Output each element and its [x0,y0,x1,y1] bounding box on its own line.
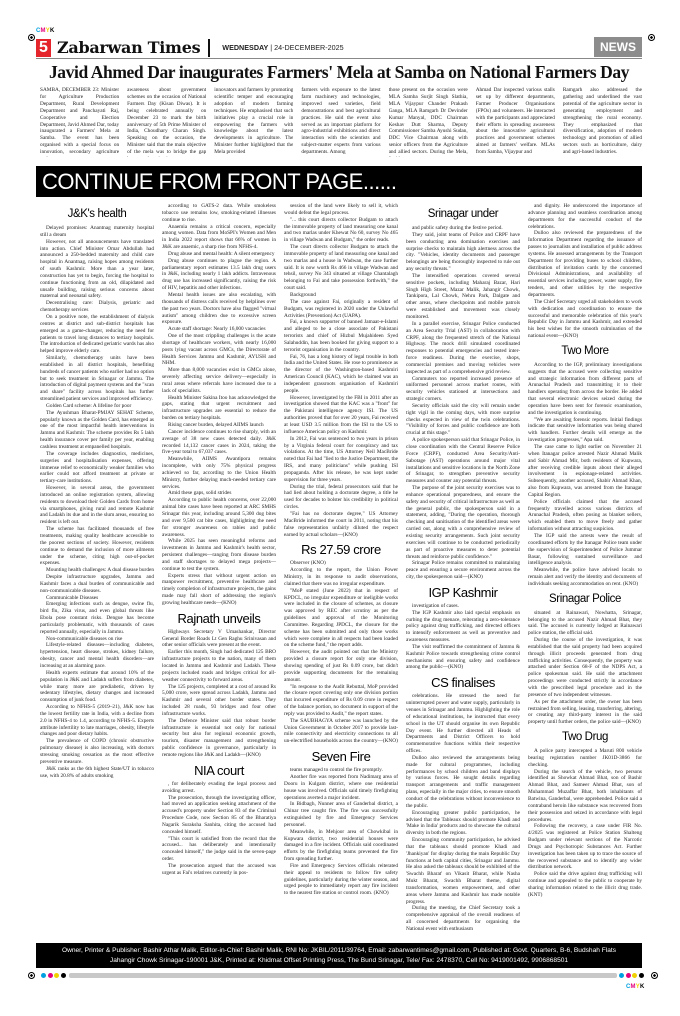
story-heading-two-more: Two More [528,344,642,359]
lead-column: those present on the occasion were MLA S… [389,87,468,157]
cmyk-label-bottom: CMYK [626,984,645,990]
lead-column: SAMBA, DECEMBER 23: Minister for Agricul… [40,87,119,157]
paragraph: Following the recovery, a case under FIR… [528,823,642,871]
paragraph: Rising cancer burden, delayed AIIMS laun… [162,422,276,429]
paragraph: On a positive note, the establishment of… [40,314,154,355]
paragraph: Dulloo also reviewed the preparedness of… [528,230,642,298]
cyan-swatch [619,973,624,978]
paragraph: according to GATS-2 data. While smokeles… [162,203,276,224]
dateline: WEDNESDAY | 24-DECEMBER-2025 [222,43,343,52]
paragraph: The IGP Kashmir also laid special emphas… [406,610,520,644]
story-heading-rs-crore: Rs 27.59 crore [284,542,398,557]
lead-story-body: SAMBA, DECEMBER 23: Minister for Agricul… [40,87,642,157]
paragraph: However, not all announcements have tran… [40,239,154,301]
paragraph: During the trial, federal prosecutors sa… [284,484,398,511]
paragraph: A police spokesperson said that Srinagar… [406,437,520,485]
column-4: Srinagar under and public safety during … [406,203,520,931]
paragraph: Health experts estimate that around 10% … [40,670,154,704]
paragraph: Anaemia remains a critical concern, espe… [162,224,276,251]
paragraph: Security officials said the city will re… [406,403,520,437]
story-heading-srinagar-police: Srinagar Police [528,592,642,607]
cyan-swatch [41,973,46,978]
paragraph: and public safety during the festive per… [406,225,520,232]
day-label: WEDNESDAY [222,43,268,52]
paragraph: According to NFHS-5 (2019–21), J&K now h… [40,704,154,738]
paragraph: The purpose of the joint security exerci… [406,485,520,560]
paragraph: "This court is satisfied from the record… [162,836,276,863]
lead-column: farmers with exposure to the latest farm… [301,87,380,157]
paragraph: The case against Fai, originally a resid… [284,299,398,320]
paragraph: "We are awaiting forensic reports. Initi… [528,417,642,444]
paragraph: Lifestyle-related diseases—including dia… [40,642,154,669]
lead-column: awareness about government schemes on th… [127,87,206,157]
paragraph: investigation of cases. [406,603,520,610]
paragraph: Meanwhile, AIIMS Awantipora remains inco… [162,456,276,490]
print-color-bar [28,972,658,979]
paragraph: The prevalence of COPD (chronic obstruct… [40,738,154,765]
paragraph: session of the land were likely to sell … [284,203,398,217]
page-number: 5 [36,39,51,57]
paragraph: Health Minister Sakina Itoo has acknowle… [162,395,276,422]
paragraph: The visit reaffirmed the commitment of J… [406,644,520,671]
paragraph: However, in several areas, the governmen… [40,485,154,526]
brand-title: Zabarwan Times [57,38,200,57]
paragraph: The coverage includes diagnostics, medic… [40,451,154,485]
magenta-swatch [48,973,53,978]
date-label: 24-DECEMBER-2025 [274,43,344,52]
cmyk-label-top: CMYK [36,28,55,34]
story-heading-rajnath-unveils: Rajnath unveils [162,611,276,626]
paragraph: teams managed to control the fire prompt… [284,767,398,774]
section-tag-news: NEWS [594,37,642,57]
paragraph: Encouraging community participation, he … [406,837,520,905]
registration-mark-bottom-right [651,972,658,979]
paragraph: Dulloo also reviewed the arrangements be… [406,755,520,810]
lead-column: Ahmad Dar inspected various stalls set u… [476,87,555,157]
paragraph: Drug abuse continues to plague the regio… [162,258,276,292]
column-5: and dignity. He underscored the importan… [528,203,642,931]
paragraph: The court directs collector Budgam to at… [284,244,398,292]
paragraph: The SAUBHAGYA scheme was launched by the… [284,718,398,745]
registration-mark-bottom-left [28,972,35,979]
story-heading-two-drug: Two Drug [528,730,642,745]
paragraph: Earlier this month, Singh had dedicated … [162,649,276,683]
paragraph: The Defence Minister said that robust bo… [162,718,276,759]
continued-stories: J&K's health Delayed promises: Anantnag … [40,203,642,931]
paragraph: The case came to light earlier on Novemb… [528,444,642,499]
story-heading-srinagar-under: Srinagar under [406,207,520,222]
paragraph: More than 8,000 vacancies exist in GMCs … [162,367,276,394]
story-heading-nia-court: NIA court [162,763,276,778]
paragraph: Amid these gaps, solid strides [162,490,276,497]
paragraph: Despite infrastructure upgrades, Jammu a… [40,574,154,595]
paragraph: Meanwhile, the police have advised local… [528,567,642,588]
date-separator: | [270,43,272,52]
paragraph: However, investigated by the FBI in 2011… [284,395,398,436]
paragraph: However, the audit pointed out that the … [284,649,398,683]
paragraph: The prosecution, through the investigati… [162,795,276,836]
paragraph: According to public health concerns, ove… [162,497,276,538]
brand-divider [208,39,210,57]
paragraph: Srinagar Police remains committed to mai… [406,560,520,581]
paragraph: J&K ranks as the 6th highest State/UT in… [40,766,154,780]
paragraph: The prosecution argued that the accused … [162,863,276,877]
registration-mark-top-right [648,34,655,41]
paragraph: Experts stress that without urgent actio… [162,573,276,607]
continue-from-front-page-banner: CONTINUE FROM FRONT PAGE...... [36,166,642,197]
publisher-imprint: Owner, Printer & Publisher: Bashir Athar… [36,943,642,968]
paragraph: Fai, a known supporter of banned Jamaat-… [284,319,398,353]
paragraph: According to the report, the Union Power… [284,567,398,588]
paragraph: Police officials claimed that the accuse… [528,499,642,533]
paragraph: Similarly, chemotherapy units have been … [40,355,154,403]
masthead: 5 Zabarwan Times WEDNESDAY | 24-DECEMBER… [36,37,642,59]
paragraph: Observer (KNO) [284,560,398,567]
paragraph: situated at Rainawari, Nowhatta, Srinaga… [528,610,642,637]
paragraph: One of the most crippling challenges is … [162,333,276,367]
yellow-swatch [54,973,59,978]
imprint-line-2: Jahangir Chowk Srinagar-190001 J&K, Prin… [36,956,642,966]
story-heading-seven-fire: Seven Fire [284,749,398,764]
paragraph: According to the IGP, preliminary invest… [528,362,642,417]
paragraph: Drug abuse and mental health: A silent e… [162,251,276,258]
imprint-line-1: Owner, Printer & Publisher: Bashir Athar… [36,946,642,956]
paragraph: Another fire was reported from Nadimarg … [284,774,398,801]
paragraph: Decentralising care: Dialysis, geriatric… [40,300,154,314]
paragraph: celebrations. He stressed the need for u… [406,693,520,755]
paragraph: Cancer incidence continues to rise sharp… [162,429,276,456]
story-heading-igp-kashmir: IGP Kashmir [406,585,520,600]
paragraph: While 2025 has seen meaningful reforms a… [162,538,276,572]
paragraph: In 2012, Fai was sentenced to two years … [284,436,398,484]
paragraph: The intensified operations covered sever… [406,273,520,321]
black-swatch [639,973,644,978]
paragraph: "MoP stated (June 2022) that in respect … [284,588,398,650]
paragraph: Commuters too reported increased presenc… [406,376,520,403]
paragraph: Acute staff shortage: Nearly 16,000 vaca… [162,326,276,333]
paragraph: In Bidbagh, Nunner area of Ganderbal dis… [284,801,398,828]
paragraph: Highways Secretary V Umashankar, Directo… [162,629,276,650]
paragraph: Mental health issues are also escalating… [162,292,276,326]
paragraph: Fire and Emergency Services officials re… [284,863,398,897]
column-1: J&K's health Delayed promises: Anantnag … [40,203,154,931]
paragraph: "Fai has no doctorate degree," US Attorn… [284,511,398,538]
paragraph: Delayed promises: Anantnag maternity hos… [40,225,154,239]
paragraph: In a parallel exercise, Srinagar Police … [406,321,520,376]
paragraph: "... this court directs collector Budgam… [284,217,398,244]
paragraph: , for deliberately evading the legal pro… [162,781,276,795]
paragraph: As per the attachment order, the owner h… [528,699,642,726]
paragraph: Fai, 76, has a long history of legal tro… [284,354,398,395]
paragraph: and dignity. He underscored the importan… [528,203,642,230]
paragraph: The Ayushman Bharat-PMJAY SEHAT Scheme, … [40,410,154,451]
paragraph: Golden Card scheme: A lifeline for poor [40,403,154,410]
black-swatch [61,973,66,978]
paragraph: During the meeting, the Chief Secretary … [406,905,520,931]
column-3: session of the land were likely to sell … [284,203,398,931]
paragraph: The IGP said the arrests were the result… [528,533,642,567]
paragraph: The 125 projects, completed at a cost of… [162,684,276,718]
paragraph: They said, joint teams of Police and CRP… [406,232,520,273]
column-2: according to GATS-2 data. While smokeles… [162,203,276,931]
paragraph: Meanwhile, in Mehjoor area of Chowkibal … [284,829,398,863]
paragraph: During the search of the vehicle, two pe… [528,769,642,824]
story-heading-jk-health: J&K's health [40,207,154,222]
paragraph: The Chief Secretary urged all stakeholde… [528,299,642,340]
gray-bar [69,973,617,978]
paragraph: Mounting health challenges: A dual disea… [40,567,154,574]
paragraph: The scheme has facilitated thousands of … [40,526,154,567]
lead-column: innovators and farmers by promoting scie… [214,87,293,157]
paragraph: During the course of the investigation, … [528,637,642,699]
lead-headline: Javid Ahmed Dar inaugurates Farmers' Mel… [36,62,642,83]
paragraph: Encouraging greater public participation… [406,810,520,837]
paragraph: Emerging infections such as dengue, swin… [40,601,154,635]
yellow-swatch [632,973,637,978]
story-heading-cs-finalises: CS finalises [406,675,520,690]
lead-column: Ramgarh also addressed the gathering and… [563,87,642,157]
magenta-swatch [626,973,631,978]
registration-mark-top-left [28,34,35,41]
paragraph: Background [284,292,398,299]
paragraph: A police party intercepted a Maruti 800 … [528,748,642,769]
paragraph: "In response to the Audit Rebuttal, MoP … [284,684,398,718]
paragraph: Police said the drive against drug traff… [528,871,642,898]
